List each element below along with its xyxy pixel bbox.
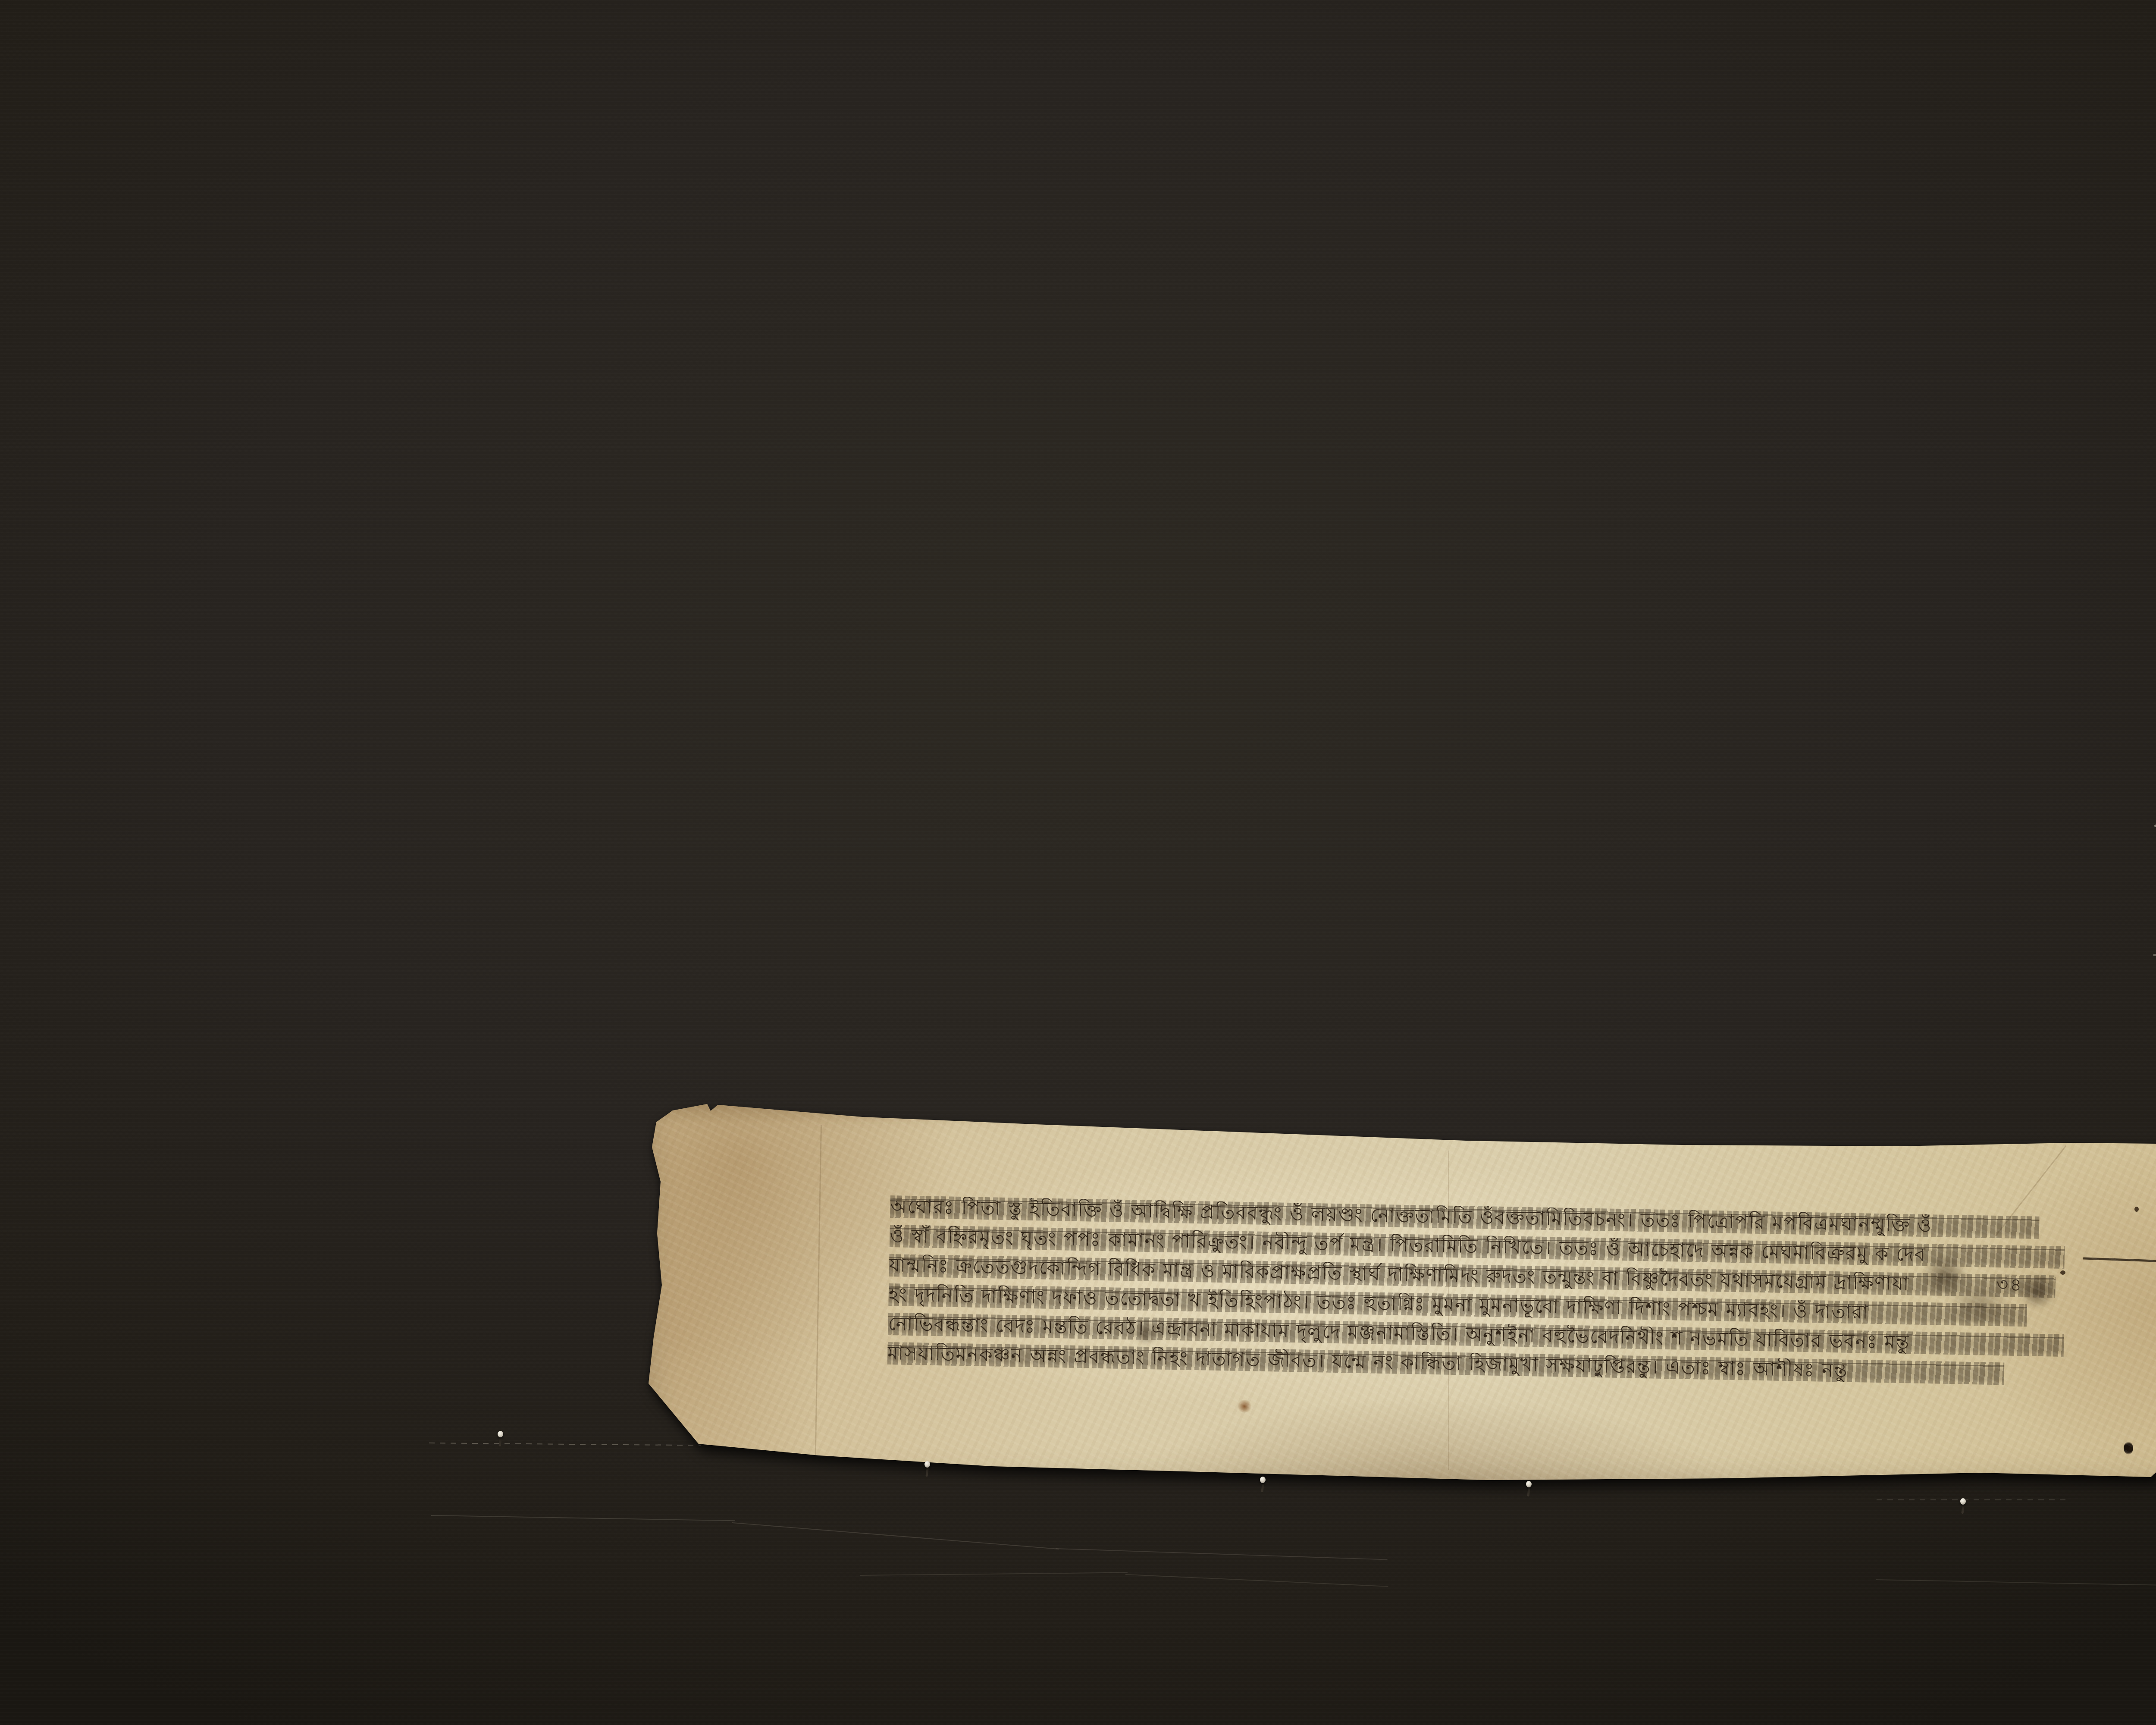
scratch-mark	[1125, 1574, 1388, 1587]
pin-head	[1260, 1477, 1266, 1483]
manuscript-folio-wrap: অঘোরঃ পিতা স্তু ইতিবাক্তি ওঁ আদ্বিক্ষি প…	[647, 1099, 2156, 1483]
paper-crease	[815, 1125, 822, 1465]
pin-head	[498, 1431, 503, 1437]
manuscript-folio: অঘোরঃ পিতা স্তু ইতিবাক্তি ওঁ আদ্বিক্ষি প…	[647, 1099, 2156, 1483]
pin-head	[1526, 1481, 1532, 1487]
scratch-mark	[431, 1515, 735, 1521]
wormhole	[2124, 1442, 2133, 1455]
pin-head	[924, 1461, 930, 1468]
manuscript-text-block: অঘোরঃ পিতা স্তু ইতিবাক্তি ওঁ আদ্বিক্ষি প…	[887, 1195, 2081, 1386]
scratch-mark	[1877, 1499, 2071, 1500]
dust-speck	[2154, 825, 2156, 827]
pin-head	[1960, 1498, 1966, 1505]
stain	[1237, 1400, 1252, 1413]
scratch-mark	[860, 1572, 1128, 1576]
scratch-mark	[1876, 1579, 2156, 1587]
scratch-mark	[1056, 1548, 1388, 1560]
scratch-mark	[732, 1522, 1059, 1549]
fly-speck	[2134, 1207, 2139, 1212]
paper-crack	[2083, 1257, 2156, 1263]
dust-speck	[2153, 954, 2156, 956]
folio-number: ৩৪	[1996, 1270, 2024, 1301]
photo-backdrop: অঘোরঃ পিতা স্তু ইতিবাক্তি ওঁ আদ্বিক্ষি প…	[0, 0, 2156, 1725]
